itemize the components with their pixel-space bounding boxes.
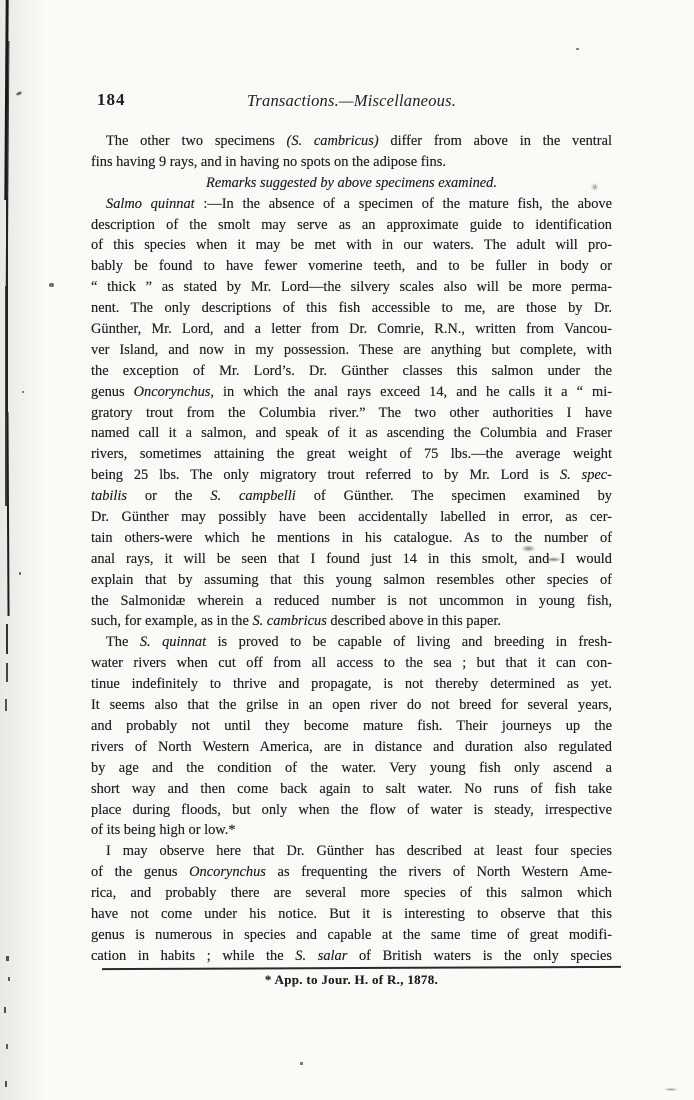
running-head: 184 Transactions.—Miscellaneous.: [91, 90, 612, 114]
text-line: ver Island, and now in my possession. Th…: [91, 340, 612, 361]
body-text: The other two specimens (S. cambricus) d…: [91, 131, 612, 967]
scan-speck: [664, 1088, 678, 1091]
text-line: short way and then come back again to sa…: [91, 779, 612, 800]
binding-edge-line-lower: [6, 412, 9, 616]
text-line: The other two specimens (S. cambricus) d…: [91, 131, 612, 152]
text-line: “ thick ” as stated by Mr. Lord—the silv…: [91, 277, 612, 298]
text-line: such, for example, as in the S. cambricu…: [91, 611, 612, 632]
text-line: named call it a salmon, and speak of it …: [91, 423, 612, 444]
text-line: explain that by assuming that this young…: [91, 570, 612, 591]
binding-edge-line-middle: [6, 196, 8, 416]
text-line: have not come under his notice. But it i…: [91, 904, 612, 925]
scan-speck: [22, 391, 24, 393]
text-line: genus Oncorynchus, in which the anal ray…: [91, 382, 612, 403]
text-line: cation in habits ; while the S. salar of…: [91, 946, 612, 967]
scan-speck: [4, 1007, 6, 1013]
text-line: the exception of Mr. Lord’s. Dr. Günther…: [91, 361, 612, 382]
scan-speck: [16, 91, 23, 96]
text-line: and probably not until they become matur…: [91, 716, 612, 737]
text-line: the Salmonidæ wherein a reduced number i…: [91, 591, 612, 612]
text-line: tabilis or the S. campbelli of Günther. …: [91, 486, 612, 507]
text-line: rivers, sometimes attaining the great we…: [91, 444, 612, 465]
text-line: place during floods, but only when the f…: [91, 800, 612, 821]
text-line: by age and the condition of the water. V…: [91, 758, 612, 779]
scan-speck: [300, 1062, 303, 1065]
text-line: description of the smolt may serve as an…: [91, 215, 612, 236]
running-title: Transactions.—Miscellaneous.: [91, 91, 612, 111]
text-line: Remarks suggested by above specimens exa…: [91, 173, 612, 194]
binding-edge-dash: [6, 624, 8, 654]
text-line: water rivers when cut off from all acces…: [91, 653, 612, 674]
scanned-book-page: ✳ 184 Transactions.—Miscellaneous. The o…: [0, 0, 694, 1100]
scan-speck: [8, 977, 10, 981]
scan-speck: [576, 48, 579, 50]
binding-edge-line-top: [4, 0, 8, 200]
footnote: * App. to Jour. H. of R., 1878.: [91, 972, 612, 988]
text-line: of this species when it may be met with …: [91, 235, 612, 256]
text-line: fins having 9 rays, and in having no spo…: [91, 152, 612, 173]
text-line: tinue indefinitely to thrive and propaga…: [91, 674, 612, 695]
text-line: I may observe here that Dr. Günther has …: [91, 841, 612, 862]
text-line: of its being high or low.*: [91, 820, 612, 841]
text-line: rica, and probably there are several mor…: [91, 883, 612, 904]
text-line: being 25 lbs. The only migratory trout r…: [91, 465, 612, 486]
text-line: gratory trout from the Columbia river.” …: [91, 403, 612, 424]
scan-speck: [6, 956, 9, 961]
text-line: genus is numerous in species and capable…: [91, 925, 612, 946]
scan-speck: [19, 572, 21, 575]
binding-edge-dash: [6, 663, 8, 682]
binding-edge-dash: [5, 699, 7, 711]
scan-speck: [6, 1044, 8, 1049]
text-line: anal rays, it will be seen that I found …: [91, 549, 612, 570]
scan-speck: [49, 283, 54, 287]
text-line: bably be found to have fewer vomerine te…: [91, 256, 612, 277]
text-line: The S. quinnat is proved to be capable o…: [91, 632, 612, 653]
text-line: nent. The only descriptions of this fish…: [91, 298, 612, 319]
text-line: tain others-were which he mentions in hi…: [91, 528, 612, 549]
text-line: It seems also that the grilse in an open…: [91, 695, 612, 716]
text-line: of the genus Oncorynchus as frequenting …: [91, 862, 612, 883]
text-line: Salmo quinnat :—In the absence of a spec…: [91, 194, 612, 215]
text-line: Dr. Günther may possibly have been accid…: [91, 507, 612, 528]
text-line: Günther, Mr. Lord, and a letter from Dr.…: [91, 319, 612, 340]
text-line: rivers of North Western America, are in …: [91, 737, 612, 758]
scan-speck: [5, 1081, 7, 1087]
